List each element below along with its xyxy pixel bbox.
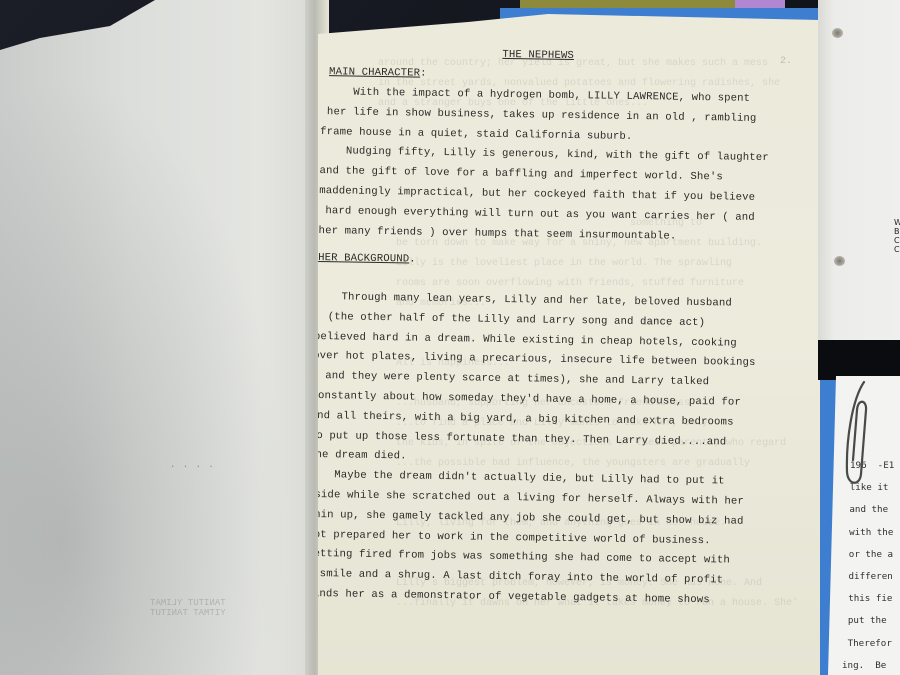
clipped-page-line: with the xyxy=(849,527,893,538)
page-number: 2. xyxy=(780,56,792,67)
clipped-page-line: ing. Be xyxy=(842,660,886,671)
page-speck: . . . . xyxy=(170,460,215,470)
clipped-page-line: or the a xyxy=(849,549,893,560)
clipped-page-line: Therefor xyxy=(848,638,892,649)
section-heading-main-character: MAIN CHARACTER: xyxy=(329,66,427,80)
binder-page: W B C C xyxy=(818,0,900,342)
punch-hole xyxy=(832,28,843,38)
punch-hole xyxy=(834,256,845,266)
left-facing-page: . . . . TANITUT YLIMAT YITMAT TANITUT xyxy=(0,0,325,675)
binder-edge-text: W B C C xyxy=(894,218,900,254)
section-heading-background: HER BACKGROUND. xyxy=(318,252,416,266)
clipped-page-line: and the xyxy=(849,504,888,515)
typed-page: around the country; her yield is great, … xyxy=(318,14,820,675)
clipped-page-line: differen xyxy=(849,571,893,582)
body-line: the dream died. xyxy=(309,449,407,463)
clipped-page-line: this fie xyxy=(848,593,892,604)
left-page-bleed-through: TANITUT YLIMAT YITMAT TANITUT xyxy=(150,598,226,618)
paper-clip-icon xyxy=(842,380,872,490)
document-title: THE NEPHEWS xyxy=(502,49,574,62)
clipped-page-line: put the xyxy=(848,615,887,626)
